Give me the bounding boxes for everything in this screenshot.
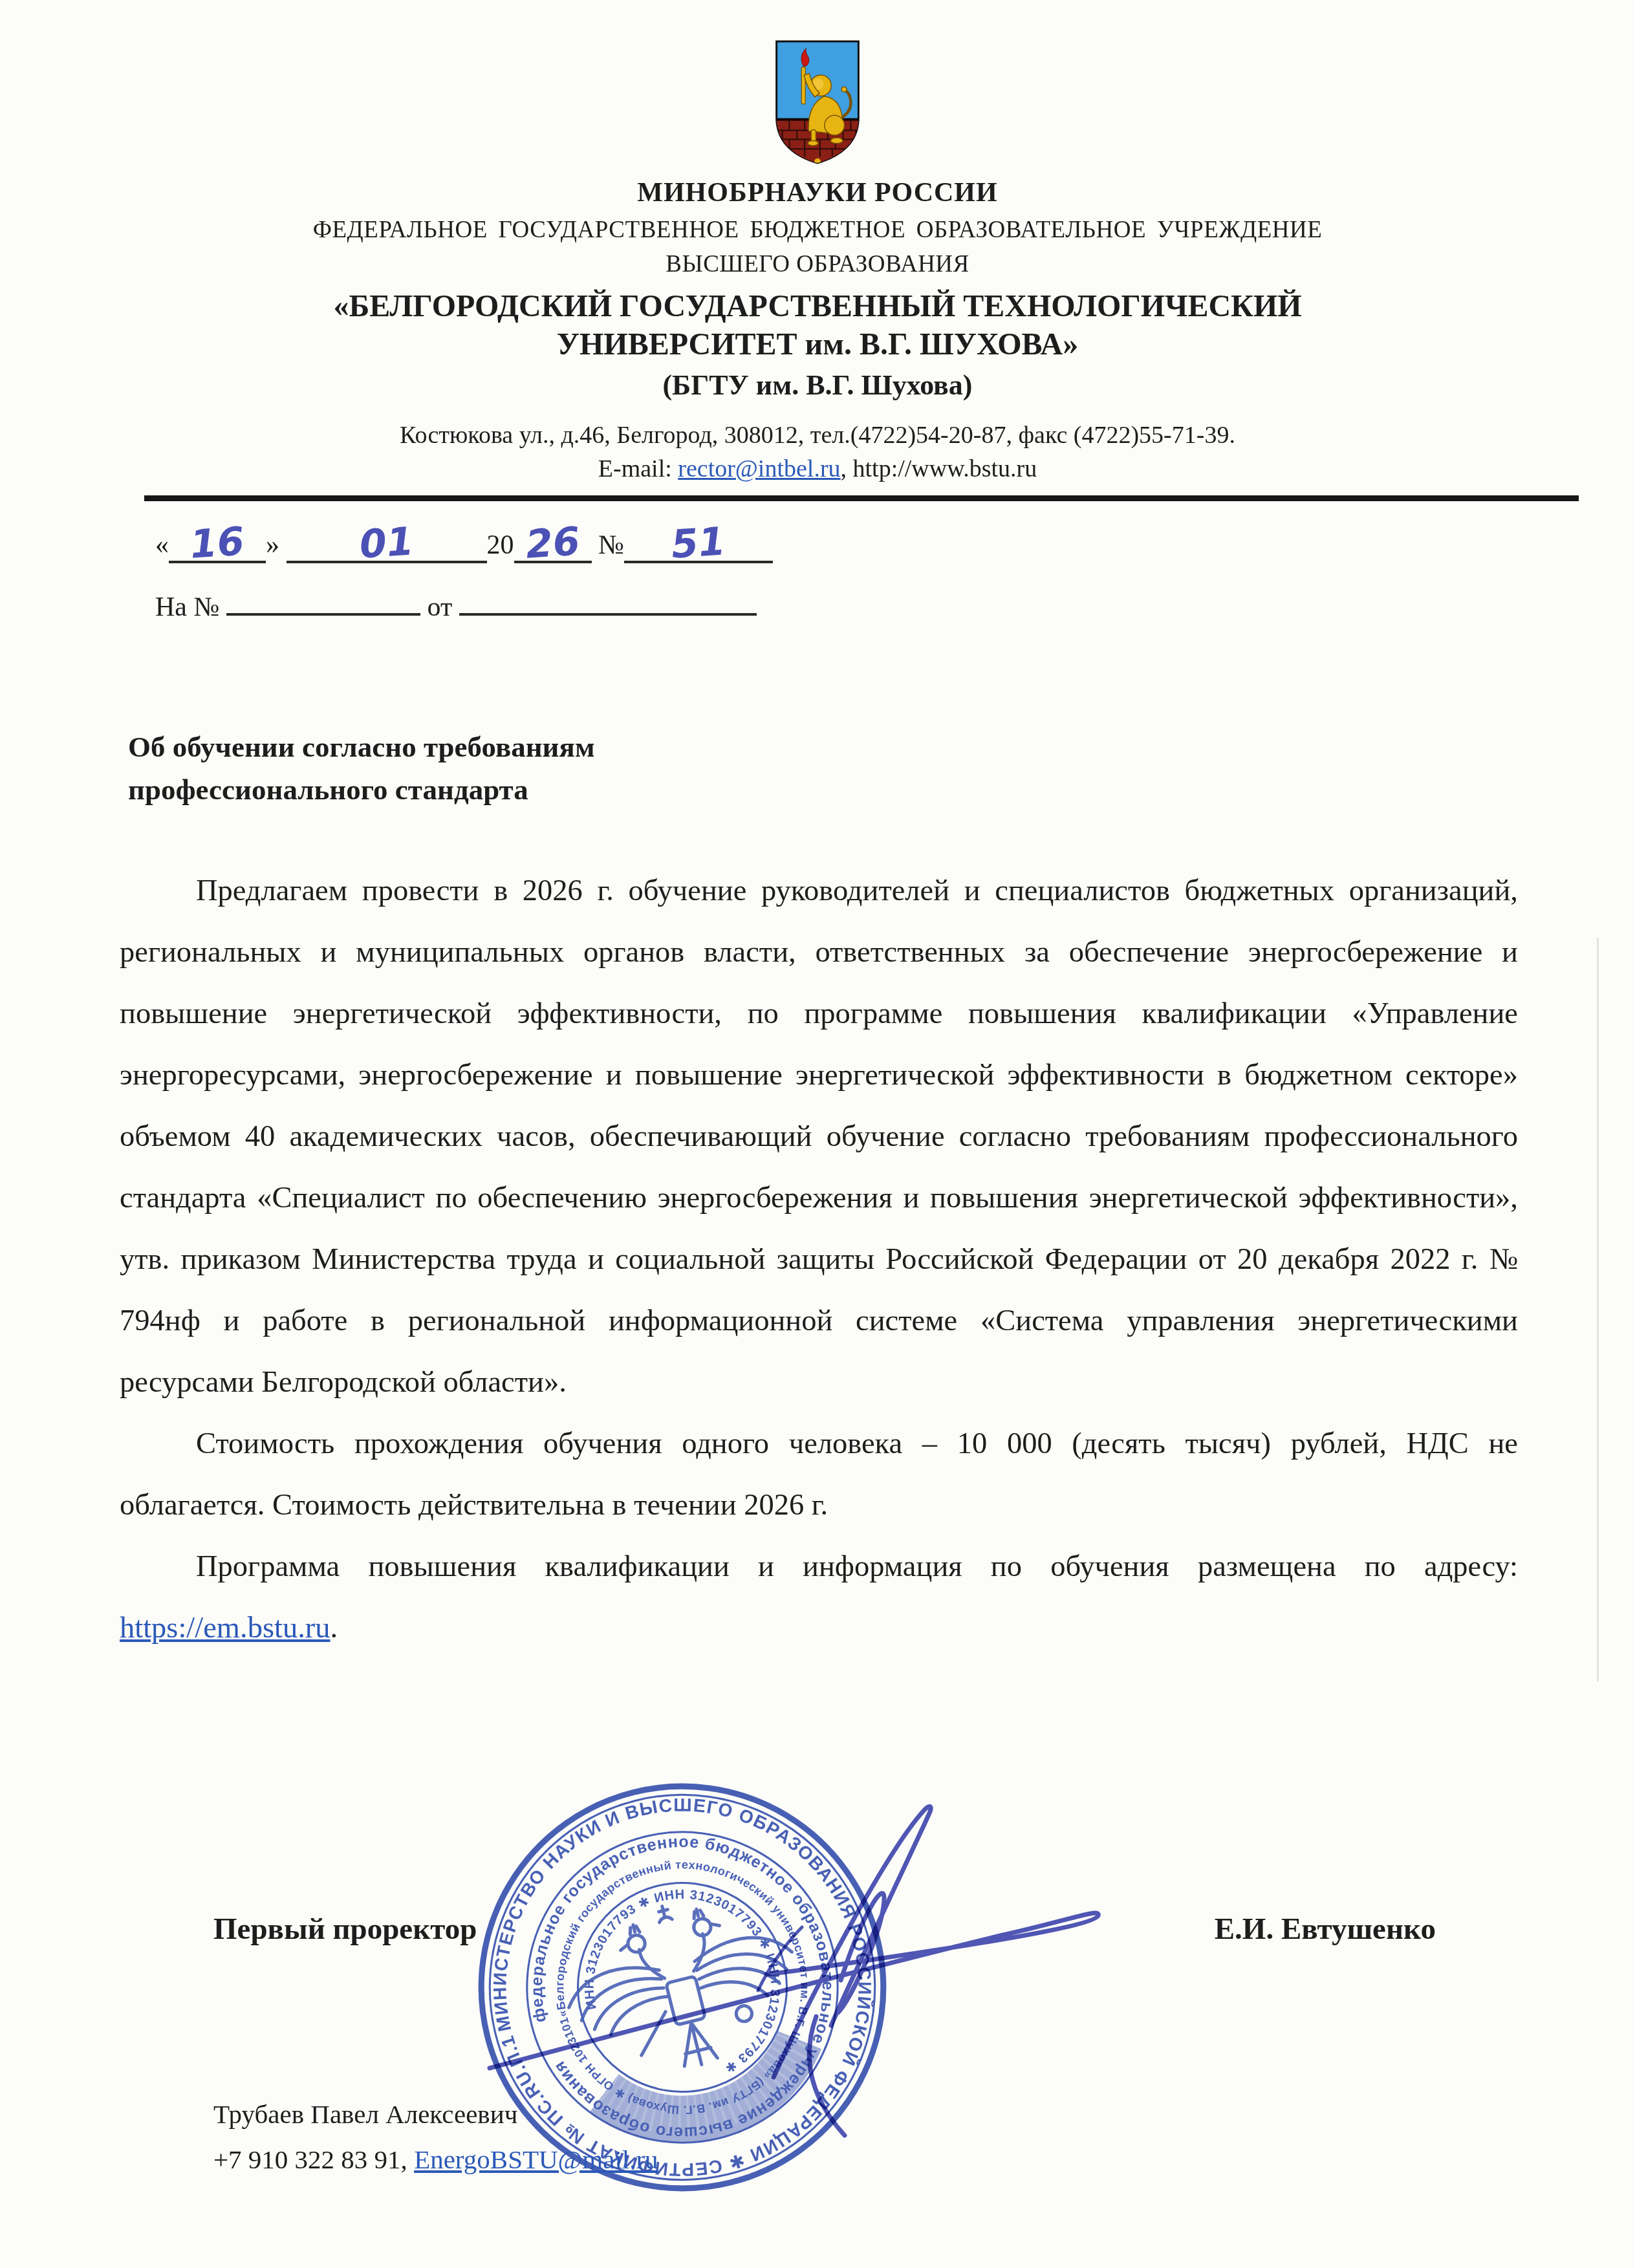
subject-line2: профессионального стандарта <box>128 768 595 811</box>
contact-email-link[interactable]: EnergoBSTU@mail.ru <box>414 2144 658 2174</box>
website-text: , http://www.bstu.ru <box>841 455 1037 482</box>
reply-date-blank <box>459 613 757 616</box>
program-period: . <box>330 1612 338 1645</box>
reply-number-blank <box>226 613 420 616</box>
month-blank: 01 <box>287 521 487 563</box>
close-quote: » <box>266 530 279 560</box>
number-sign: № <box>598 530 624 560</box>
handwritten-day: 16 <box>189 522 245 565</box>
contact-person: Трубаев Павел Алексеевич <box>213 2091 658 2137</box>
email-line: E-mail: rector@intbel.ru, http://www.bst… <box>0 455 1635 483</box>
letter-body: Предлагаем провести в 2026 г. обучение р… <box>120 860 1518 1659</box>
contact-phone-line: +7 910 322 83 91, EnergoBSTU@mail.ru <box>213 2137 658 2182</box>
document-page: МИНОБРНАУКИ РОССИИ ФЕДЕРАЛЬНОЕ ГОСУДАРСТ… <box>0 0 1635 2268</box>
subject-line1: Об обучении согласно требованиям <box>128 726 595 768</box>
date-number-line: «16» 012026 №51 <box>155 521 773 563</box>
paragraph-program: Программа повышения квалификации и инфор… <box>120 1536 1518 1659</box>
paragraph-cost: Стоимость прохождения обучения одного че… <box>120 1413 1518 1536</box>
org-type-line2: ВЫСШЕГО ОБРАЗОВАНИЯ <box>0 250 1635 278</box>
email-label: E-mail: <box>598 455 678 482</box>
program-text: Программа повышения квалификации и инфор… <box>196 1550 1518 1583</box>
ministry-name: МИНОБРНАУКИ РОССИИ <box>0 177 1635 208</box>
year-prefix: 20 <box>487 530 514 560</box>
day-blank: 16 <box>169 521 266 563</box>
year-blank: 26 <box>514 521 592 563</box>
university-short-name: (БГТУ им. В.Г. Шухова) <box>0 369 1635 402</box>
paragraph-proposal: Предлагаем провести в 2026 г. обучение р… <box>120 860 1518 1413</box>
rector-email-link[interactable]: rector@intbel.ru <box>678 455 840 482</box>
letterhead: МИНОБРНАУКИ РОССИИ ФЕДЕРАЛЬНОЕ ГОСУДАРСТ… <box>0 38 1635 483</box>
reference-block: «16» 012026 №51 На № от <box>155 521 773 623</box>
handwritten-year: 26 <box>525 522 581 565</box>
contact-block: Трубаев Павел Алексеевич +7 910 322 83 9… <box>213 2091 658 2182</box>
signer-name: Е.И. Евтушенко <box>1215 1912 1436 1947</box>
handwritten-month: 01 <box>358 522 415 565</box>
program-url-link[interactable]: https://em.bstu.ru <box>120 1612 330 1645</box>
reply-to-line: На № от <box>155 592 773 623</box>
org-type-line1: ФЕДЕРАЛЬНОЕ ГОСУДАРСТВЕННОЕ БЮДЖЕТНОЕ ОБ… <box>0 216 1635 244</box>
signer-role: Первый проректор <box>213 1912 477 1947</box>
scan-crease <box>1597 938 1599 1681</box>
subject-heading: Об обучении согласно требованиям професс… <box>128 726 595 811</box>
university-name-line2: УНИВЕРСИТЕТ им. В.Г. ШУХОВА» <box>0 327 1635 362</box>
open-quote: « <box>155 530 169 560</box>
number-blank: 51 <box>624 521 773 563</box>
postal-address: Костюкова ул., д.46, Белгород, 308012, т… <box>0 421 1635 449</box>
from-label: от <box>428 592 453 622</box>
university-name-line1: «БЕЛГОРОДСКИЙ ГОСУДАРСТВЕННЫЙ ТЕХНОЛОГИЧ… <box>0 288 1635 324</box>
contact-phone: +7 910 322 83 91, <box>213 2144 414 2174</box>
reply-to-label: На № <box>155 592 220 622</box>
header-divider <box>144 495 1579 501</box>
belgorod-coat-of-arms-icon <box>768 38 867 166</box>
handwritten-number: 51 <box>670 522 726 565</box>
